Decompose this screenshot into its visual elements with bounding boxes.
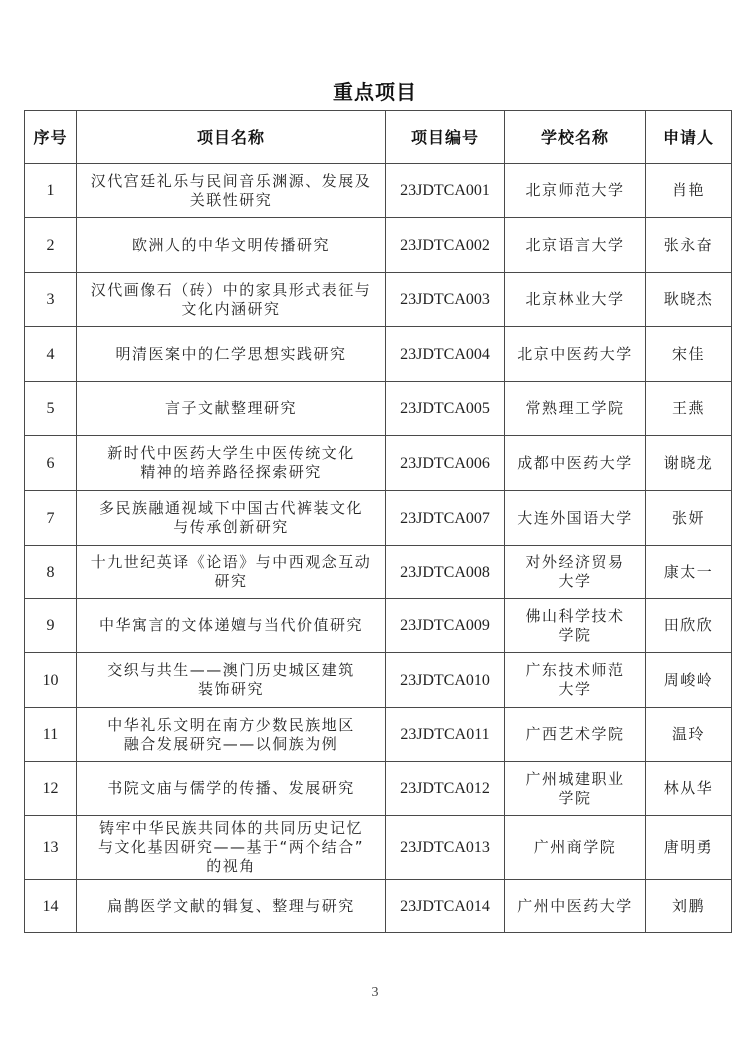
cell-index: 14 [25,880,77,933]
page-title: 重点项目 [0,76,750,105]
cell-school-name: 佛山科学技术学院 [505,599,646,653]
header-project-code: 项目编号 [386,111,505,164]
cell-project-name-line: 明清医案中的仁学思想实践研究 [81,345,381,364]
cell-project-code: 23JDTCA009 [386,599,505,653]
cell-index: 12 [25,762,77,816]
cell-applicant: 康太一 [646,546,732,599]
cell-project-name-line: 关联性研究 [81,191,381,210]
cell-school-name: 广州城建职业学院 [505,762,646,816]
cell-project-code: 23JDTCA013 [386,816,505,880]
key-projects-table: 序号 项目名称 项目编号 学校名称 申请人 1汉代宫廷礼乐与民间音乐渊源、发展及… [24,110,732,933]
cell-school-name: 广州中医药大学 [505,880,646,933]
cell-applicant: 耿晓杰 [646,273,732,327]
cell-project-name-line: 汉代宫廷礼乐与民间音乐渊源、发展及 [81,172,381,191]
cell-project-code: 23JDTCA003 [386,273,505,327]
table-row: 3汉代画像石（砖）中的家具形式表征与文化内涵研究23JDTCA003北京林业大学… [25,273,732,327]
cell-project-name-line: 铸牢中华民族共同体的共同历史记忆 [81,819,381,838]
cell-index: 9 [25,599,77,653]
cell-project-name-line: 研究 [81,572,381,591]
cell-project-name: 中华礼乐文明在南方少数民族地区融合发展研究——以侗族为例 [77,708,386,762]
cell-project-name-line: 十九世纪英译《论语》与中西观念互动 [81,553,381,572]
cell-applicant: 谢晓龙 [646,436,732,491]
cell-school-name-line: 佛山科学技术 [509,607,641,626]
cell-project-name-line: 与文化基因研究——基于“两个结合” [81,838,381,857]
cell-school-name-line: 北京语言大学 [509,236,641,255]
cell-school-name-line: 成都中医药大学 [509,454,641,473]
cell-project-name-line: 交织与共生——澳门历史城区建筑 [81,661,381,680]
cell-project-code: 23JDTCA012 [386,762,505,816]
cell-school-name: 北京师范大学 [505,164,646,218]
cell-school-name-line: 学院 [509,626,641,645]
header-applicant: 申请人 [646,111,732,164]
cell-project-name: 汉代宫廷礼乐与民间音乐渊源、发展及关联性研究 [77,164,386,218]
cell-project-code: 23JDTCA014 [386,880,505,933]
cell-school-name-line: 大学 [509,572,641,591]
table-body: 1汉代宫廷礼乐与民间音乐渊源、发展及关联性研究23JDTCA001北京师范大学肖… [25,164,732,933]
cell-applicant: 刘鹏 [646,880,732,933]
header-index: 序号 [25,111,77,164]
cell-project-name-line: 中华寓言的文体递嬗与当代价值研究 [81,616,381,635]
cell-project-name: 言子文献整理研究 [77,382,386,436]
cell-project-name: 书院文庙与儒学的传播、发展研究 [77,762,386,816]
cell-applicant: 周峻岭 [646,653,732,708]
cell-project-name-line: 言子文献整理研究 [81,399,381,418]
cell-applicant: 王燕 [646,382,732,436]
cell-project-code: 23JDTCA010 [386,653,505,708]
cell-school-name-line: 广州商学院 [509,838,641,857]
cell-school-name: 广西艺术学院 [505,708,646,762]
cell-project-name-line: 文化内涵研究 [81,300,381,319]
cell-school-name-line: 常熟理工学院 [509,399,641,418]
cell-project-name-line: 融合发展研究——以侗族为例 [81,735,381,754]
cell-school-name: 常熟理工学院 [505,382,646,436]
cell-index: 4 [25,327,77,382]
cell-school-name-line: 北京林业大学 [509,290,641,309]
cell-school-name-line: 广东技术师范 [509,661,641,680]
cell-school-name: 广州商学院 [505,816,646,880]
table-row: 10交织与共生——澳门历史城区建筑装饰研究23JDTCA010广东技术师范大学周… [25,653,732,708]
cell-project-name: 新时代中医药大学生中医传统文化精神的培养路径探索研究 [77,436,386,491]
cell-project-name-line: 扁鹊医学文献的辑复、整理与研究 [81,897,381,916]
table-row: 5言子文献整理研究23JDTCA005常熟理工学院王燕 [25,382,732,436]
table-row: 6新时代中医药大学生中医传统文化精神的培养路径探索研究23JDTCA006成都中… [25,436,732,491]
cell-project-name-line: 汉代画像石（砖）中的家具形式表征与 [81,281,381,300]
cell-project-code: 23JDTCA001 [386,164,505,218]
cell-project-name: 十九世纪英译《论语》与中西观念互动研究 [77,546,386,599]
table-row: 14扁鹊医学文献的辑复、整理与研究23JDTCA014广州中医药大学刘鹏 [25,880,732,933]
table-row: 13铸牢中华民族共同体的共同历史记忆与文化基因研究——基于“两个结合”的视角23… [25,816,732,880]
cell-applicant: 张妍 [646,491,732,546]
cell-school-name-line: 对外经济贸易 [509,553,641,572]
cell-school-name-line: 大连外国语大学 [509,509,641,528]
table-row: 9中华寓言的文体递嬗与当代价值研究23JDTCA009佛山科学技术学院田欣欣 [25,599,732,653]
cell-school-name-line: 广西艺术学院 [509,725,641,744]
cell-project-name: 铸牢中华民族共同体的共同历史记忆与文化基因研究——基于“两个结合”的视角 [77,816,386,880]
cell-index: 7 [25,491,77,546]
cell-school-name: 北京语言大学 [505,218,646,273]
cell-project-name: 多民族融通视域下中国古代裤装文化与传承创新研究 [77,491,386,546]
cell-index: 5 [25,382,77,436]
cell-school-name-line: 广州城建职业 [509,770,641,789]
table-row: 11中华礼乐文明在南方少数民族地区融合发展研究——以侗族为例23JDTCA011… [25,708,732,762]
table-row: 2欧洲人的中华文明传播研究23JDTCA002北京语言大学张永奋 [25,218,732,273]
cell-project-name-line: 装饰研究 [81,680,381,699]
cell-school-name-line: 学院 [509,789,641,808]
cell-project-name: 交织与共生——澳门历史城区建筑装饰研究 [77,653,386,708]
cell-index: 8 [25,546,77,599]
cell-project-name: 扁鹊医学文献的辑复、整理与研究 [77,880,386,933]
cell-index: 2 [25,218,77,273]
cell-school-name: 北京林业大学 [505,273,646,327]
cell-project-name-line: 的视角 [81,857,381,876]
cell-project-code: 23JDTCA002 [386,218,505,273]
cell-project-name: 中华寓言的文体递嬗与当代价值研究 [77,599,386,653]
cell-school-name-line: 大学 [509,680,641,699]
page-number: 3 [0,985,750,1001]
cell-school-name: 成都中医药大学 [505,436,646,491]
cell-project-name-line: 欧洲人的中华文明传播研究 [81,236,381,255]
cell-applicant: 林从华 [646,762,732,816]
cell-index: 6 [25,436,77,491]
cell-applicant: 张永奋 [646,218,732,273]
cell-project-code: 23JDTCA011 [386,708,505,762]
cell-project-name: 汉代画像石（砖）中的家具形式表征与文化内涵研究 [77,273,386,327]
table-row: 4明清医案中的仁学思想实践研究23JDTCA004北京中医药大学宋佳 [25,327,732,382]
cell-school-name: 广东技术师范大学 [505,653,646,708]
cell-project-name-line: 书院文庙与儒学的传播、发展研究 [81,779,381,798]
cell-project-code: 23JDTCA006 [386,436,505,491]
table-row: 7多民族融通视域下中国古代裤装文化与传承创新研究23JDTCA007大连外国语大… [25,491,732,546]
cell-project-name: 欧洲人的中华文明传播研究 [77,218,386,273]
cell-school-name: 北京中医药大学 [505,327,646,382]
table-row: 1汉代宫廷礼乐与民间音乐渊源、发展及关联性研究23JDTCA001北京师范大学肖… [25,164,732,218]
cell-applicant: 唐明勇 [646,816,732,880]
cell-applicant: 宋佳 [646,327,732,382]
cell-index: 11 [25,708,77,762]
cell-school-name-line: 北京师范大学 [509,181,641,200]
cell-index: 10 [25,653,77,708]
table-header-row: 序号 项目名称 项目编号 学校名称 申请人 [25,111,732,164]
cell-index: 1 [25,164,77,218]
table-row: 8十九世纪英译《论语》与中西观念互动研究23JDTCA008对外经济贸易大学康太… [25,546,732,599]
cell-applicant: 肖艳 [646,164,732,218]
cell-project-code: 23JDTCA007 [386,491,505,546]
table-row: 12书院文庙与儒学的传播、发展研究23JDTCA012广州城建职业学院林从华 [25,762,732,816]
cell-project-code: 23JDTCA005 [386,382,505,436]
cell-project-code: 23JDTCA004 [386,327,505,382]
cell-school-name: 对外经济贸易大学 [505,546,646,599]
cell-school-name-line: 北京中医药大学 [509,345,641,364]
cell-school-name: 大连外国语大学 [505,491,646,546]
cell-index: 3 [25,273,77,327]
header-project-name: 项目名称 [77,111,386,164]
cell-project-name: 明清医案中的仁学思想实践研究 [77,327,386,382]
cell-project-name-line: 精神的培养路径探索研究 [81,463,381,482]
cell-applicant: 温玲 [646,708,732,762]
cell-project-code: 23JDTCA008 [386,546,505,599]
cell-project-name-line: 与传承创新研究 [81,518,381,537]
header-school-name: 学校名称 [505,111,646,164]
cell-project-name-line: 新时代中医药大学生中医传统文化 [81,444,381,463]
cell-project-name-line: 多民族融通视域下中国古代裤装文化 [81,499,381,518]
cell-index: 13 [25,816,77,880]
cell-project-name-line: 中华礼乐文明在南方少数民族地区 [81,716,381,735]
cell-school-name-line: 广州中医药大学 [509,897,641,916]
cell-applicant: 田欣欣 [646,599,732,653]
